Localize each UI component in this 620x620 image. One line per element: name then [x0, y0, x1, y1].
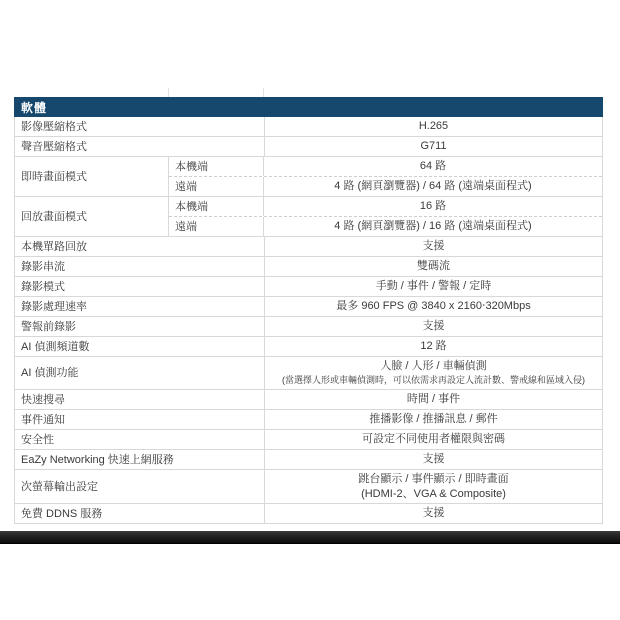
- spec-value-cell: 可設定不同使用者權限與密碼: [265, 430, 602, 449]
- spec-subrows: 本機端 64 路 遠端 4 路 (網頁瀏覽器) / 64 路 (遠端桌面程式): [169, 157, 602, 196]
- table-subrow: 本機端 16 路: [169, 197, 602, 216]
- spec-value: 12 路: [420, 339, 446, 354]
- table-row: 安全性 可設定不同使用者權限與密碼: [15, 430, 602, 450]
- spec-value: 4 路 (網頁瀏覽器) / 64 路 (遠端桌面程式): [334, 179, 531, 194]
- table-row: AI 偵測頻道數 12 路: [15, 337, 602, 357]
- table-row: 錄影處理速率 最多 960 FPS @ 3840 x 2160‧320Mbps: [15, 297, 602, 317]
- spec-sublabel: 遠端: [169, 217, 264, 236]
- spec-value: 16 路: [420, 199, 446, 214]
- spec-value-cell: 跳台顯示 / 事件顯示 / 即時畫面 (HDMI-2、VGA & Composi…: [265, 470, 602, 503]
- spec-label: 警報前錄影: [15, 317, 265, 336]
- spec-value-cell: 最多 960 FPS @ 3840 x 2160‧320Mbps: [265, 297, 602, 316]
- spec-value: 支援: [423, 452, 445, 467]
- section-title: 軟體: [21, 99, 47, 116]
- spec-label: 錄影串流: [15, 257, 265, 276]
- spec-value: 64 路: [420, 159, 446, 174]
- spec-value-cell: G711: [265, 137, 602, 156]
- spec-label: 免費 DDNS 服務: [15, 504, 265, 523]
- table-row-group: 即時畫面模式 本機端 64 路 遠端 4 路 (網頁瀏覽器) / 64 路 (遠…: [15, 157, 602, 197]
- table-row-group: 回放畫面模式 本機端 16 路 遠端 4 路 (網頁瀏覽器) / 16 路 (遠…: [15, 197, 602, 237]
- spec-value-cell: 推播影像 / 推播訊息 / 郵件: [265, 410, 602, 429]
- section-header: 軟體: [14, 97, 603, 117]
- table-subrow: 遠端 4 路 (網頁瀏覽器) / 64 路 (遠端桌面程式): [169, 176, 602, 196]
- spec-value-cell: 12 路: [265, 337, 602, 356]
- spec-value-cell: 4 路 (網頁瀏覽器) / 64 路 (遠端桌面程式): [264, 177, 602, 196]
- spec-value-cell: 支援: [265, 237, 602, 256]
- spec-label: 錄影處理速率: [15, 297, 265, 316]
- spec-sublabel: 本機端: [169, 157, 264, 176]
- spec-subrows: 本機端 16 路 遠端 4 路 (網頁瀏覽器) / 16 路 (遠端桌面程式): [169, 197, 602, 236]
- spec-label: 影像壓縮格式: [15, 117, 265, 136]
- spec-value-cell: 支援: [265, 504, 602, 523]
- spec-note: (當選擇人形或車輛偵測時，可以依需求再設定人流計數、警戒線和區域入侵): [282, 374, 585, 387]
- spec-label: 本機單路回放: [15, 237, 265, 256]
- spec-value-cell: 16 路: [264, 197, 602, 216]
- spec-label: 事件通知: [15, 410, 265, 429]
- spec-label: EaZy Networking 快速上網服務: [15, 450, 265, 469]
- spec-value: H.265: [419, 119, 448, 134]
- table-row: 錄影串流 雙碼流: [15, 257, 602, 277]
- table-subrow: 遠端 4 路 (網頁瀏覽器) / 16 路 (遠端桌面程式): [169, 216, 602, 236]
- cropped-table-border-stub: [168, 88, 169, 97]
- spec-value: 4 路 (網頁瀏覽器) / 16 路 (遠端桌面程式): [334, 219, 531, 234]
- table-row: 本機單路回放 支援: [15, 237, 602, 257]
- table-subrow: 本機端 64 路: [169, 157, 602, 176]
- spec-value-cell: 支援: [265, 317, 602, 336]
- spec-value: 時間 / 事件: [407, 392, 460, 407]
- spec-value-cell: 雙碼流: [265, 257, 602, 276]
- spec-label: 錄影模式: [15, 277, 265, 296]
- spec-label: AI 偵測頻道數: [15, 337, 265, 356]
- spec-label: 回放畫面模式: [15, 197, 169, 236]
- spec-value: 最多 960 FPS @ 3840 x 2160‧320Mbps: [336, 299, 530, 314]
- spec-label: AI 偵測功能: [15, 357, 265, 389]
- spec-label: 次螢幕輸出設定: [15, 470, 265, 503]
- table-row: 影像壓縮格式 H.265: [15, 117, 602, 137]
- spec-label: 即時畫面模式: [15, 157, 169, 196]
- spec-value: 跳台顯示 / 事件顯示 / 即時畫面: [358, 472, 508, 487]
- spec-rows: 影像壓縮格式 H.265 聲音壓縮格式 G711 即時畫面模式 本機端 64 路…: [14, 117, 603, 524]
- spec-value-cell: 時間 / 事件: [265, 390, 602, 409]
- spec-label: 安全性: [15, 430, 265, 449]
- table-row: EaZy Networking 快速上網服務 支援: [15, 450, 602, 470]
- spec-value-line2: (HDMI-2、VGA & Composite): [361, 487, 506, 501]
- table-row: 快速搜尋 時間 / 事件: [15, 390, 602, 410]
- spec-value-cell: H.265: [265, 117, 602, 136]
- spec-value: 人臉 / 人形 / 車輛偵測: [380, 359, 486, 374]
- spec-label: 聲音壓縮格式: [15, 137, 265, 156]
- table-row: 事件通知 推播影像 / 推播訊息 / 郵件: [15, 410, 602, 430]
- table-row: 免費 DDNS 服務 支援: [15, 504, 602, 524]
- spec-sublabel: 遠端: [169, 177, 264, 196]
- cropped-table-border-stub: [263, 88, 264, 97]
- spec-value: 手動 / 事件 / 警報 / 定時: [376, 279, 492, 294]
- spec-value: G711: [420, 139, 446, 154]
- spec-value-cell: 手動 / 事件 / 警報 / 定時: [265, 277, 602, 296]
- table-row: 警報前錄影 支援: [15, 317, 602, 337]
- spec-sublabel: 本機端: [169, 197, 264, 216]
- spec-label: 快速搜尋: [15, 390, 265, 409]
- spec-value: 推播影像 / 推播訊息 / 郵件: [369, 412, 497, 427]
- spec-value: 可設定不同使用者權限與密碼: [362, 432, 505, 447]
- table-row: 聲音壓縮格式 G711: [15, 137, 602, 157]
- spec-value: 雙碼流: [417, 259, 450, 274]
- software-spec-table: 軟體 影像壓縮格式 H.265 聲音壓縮格式 G711 即時畫面模式 本機端 6…: [14, 97, 603, 524]
- spec-value-cell: 64 路: [264, 157, 602, 176]
- table-row: AI 偵測功能 人臉 / 人形 / 車輛偵測 (當選擇人形或車輛偵測時，可以依需…: [15, 357, 602, 390]
- table-row: 錄影模式 手動 / 事件 / 警報 / 定時: [15, 277, 602, 297]
- spec-value: 支援: [423, 506, 445, 521]
- spec-value: 支援: [423, 319, 445, 334]
- spec-value-cell: 支援: [265, 450, 602, 469]
- spec-value-cell: 人臉 / 人形 / 車輛偵測 (當選擇人形或車輛偵測時，可以依需求再設定人流計數…: [265, 357, 602, 389]
- table-row: 次螢幕輸出設定 跳台顯示 / 事件顯示 / 即時畫面 (HDMI-2、VGA &…: [15, 470, 602, 504]
- spec-value: 支援: [423, 239, 445, 254]
- spec-value-cell: 4 路 (網頁瀏覽器) / 16 路 (遠端桌面程式): [264, 217, 602, 236]
- bottom-divider-bar: [0, 531, 620, 544]
